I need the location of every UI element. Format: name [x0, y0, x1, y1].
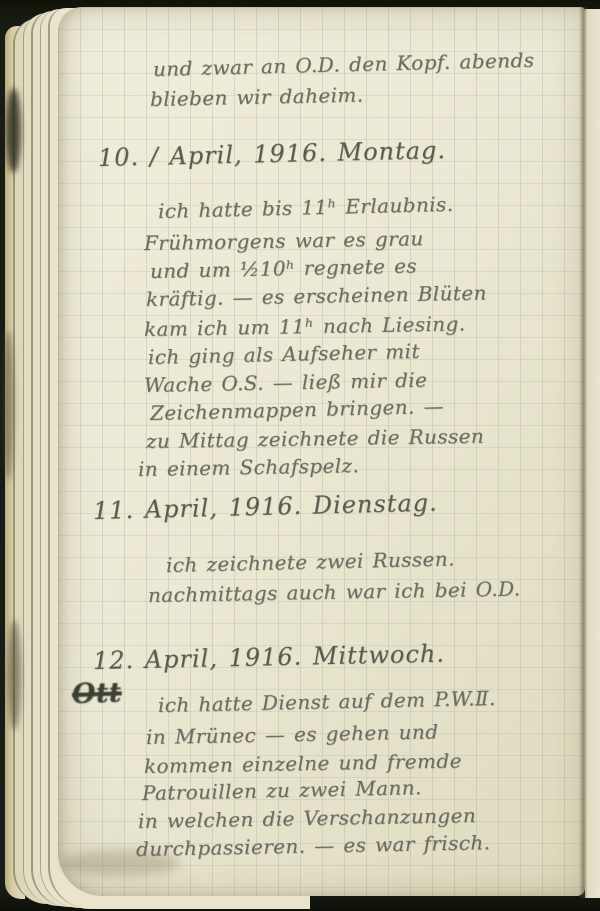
diary-line: kommen einzelne und fremde [144, 748, 462, 778]
diary-line: ich zeichnete zwei Russen. [166, 546, 455, 577]
diary-line: nachmittags auch war ich bei O.D. [148, 576, 521, 606]
diary-line: ich hatte Dienst auf dem P.W.Ⅱ. [158, 686, 496, 717]
diary-line: und um ½10ʰ regnete es [150, 253, 417, 283]
diary-line: in welchen die Verschanzungen [138, 803, 476, 833]
entry-heading: 12. April, 1916. Mittwoch. [93, 640, 445, 676]
diary-line: Zeichenmappen bringen. — [150, 394, 444, 425]
diary-line: ich hatte bis 11ʰ Erlaubnis. [158, 192, 454, 223]
notebook-page: und zwar an O.D. den Kopf. abends bliebe… [58, 7, 585, 896]
diary-line: Frühmorgens war es grau [144, 226, 424, 255]
diary-line: kräftig. — es erscheinen Blüten [146, 280, 487, 311]
fragment-line: blieben wir daheim. [150, 83, 364, 111]
entry-heading: 10. / April, 1916. Montag. [98, 136, 447, 173]
diary-line: kam ich um 11ʰ nach Liesing. [144, 311, 466, 341]
diary-line: Patrouillen zu zwei Mann. [142, 775, 422, 805]
fragment-line: und zwar an O.D. den Kopf. abends [153, 48, 535, 81]
edge-smudge [8, 620, 21, 730]
diary-line: ich ging als Aufseher mit [148, 339, 420, 369]
diary-photo: und zwar an O.D. den Kopf. abends bliebe… [0, 0, 600, 911]
diary-line: Wache O.S. — ließ mir die [144, 368, 428, 397]
diary-line: in Mrünec — es gehen und [146, 719, 439, 749]
crossed-out-name: Ott [71, 677, 122, 711]
facing-page-edge [585, 9, 600, 898]
diary-line: in einem Schafspelz. [138, 453, 360, 481]
edge-smudge [3, 330, 14, 480]
bottom-shadow [60, 850, 180, 876]
gutter-shadow [579, 7, 587, 898]
diary-line: zu Mittag zeichnete die Russen [146, 424, 485, 453]
edge-smudge [6, 88, 21, 173]
diary-line: durchpassieren. — es war frisch. [136, 830, 491, 861]
entry-heading: 11. April, 1916. Dienstag. [93, 489, 438, 526]
